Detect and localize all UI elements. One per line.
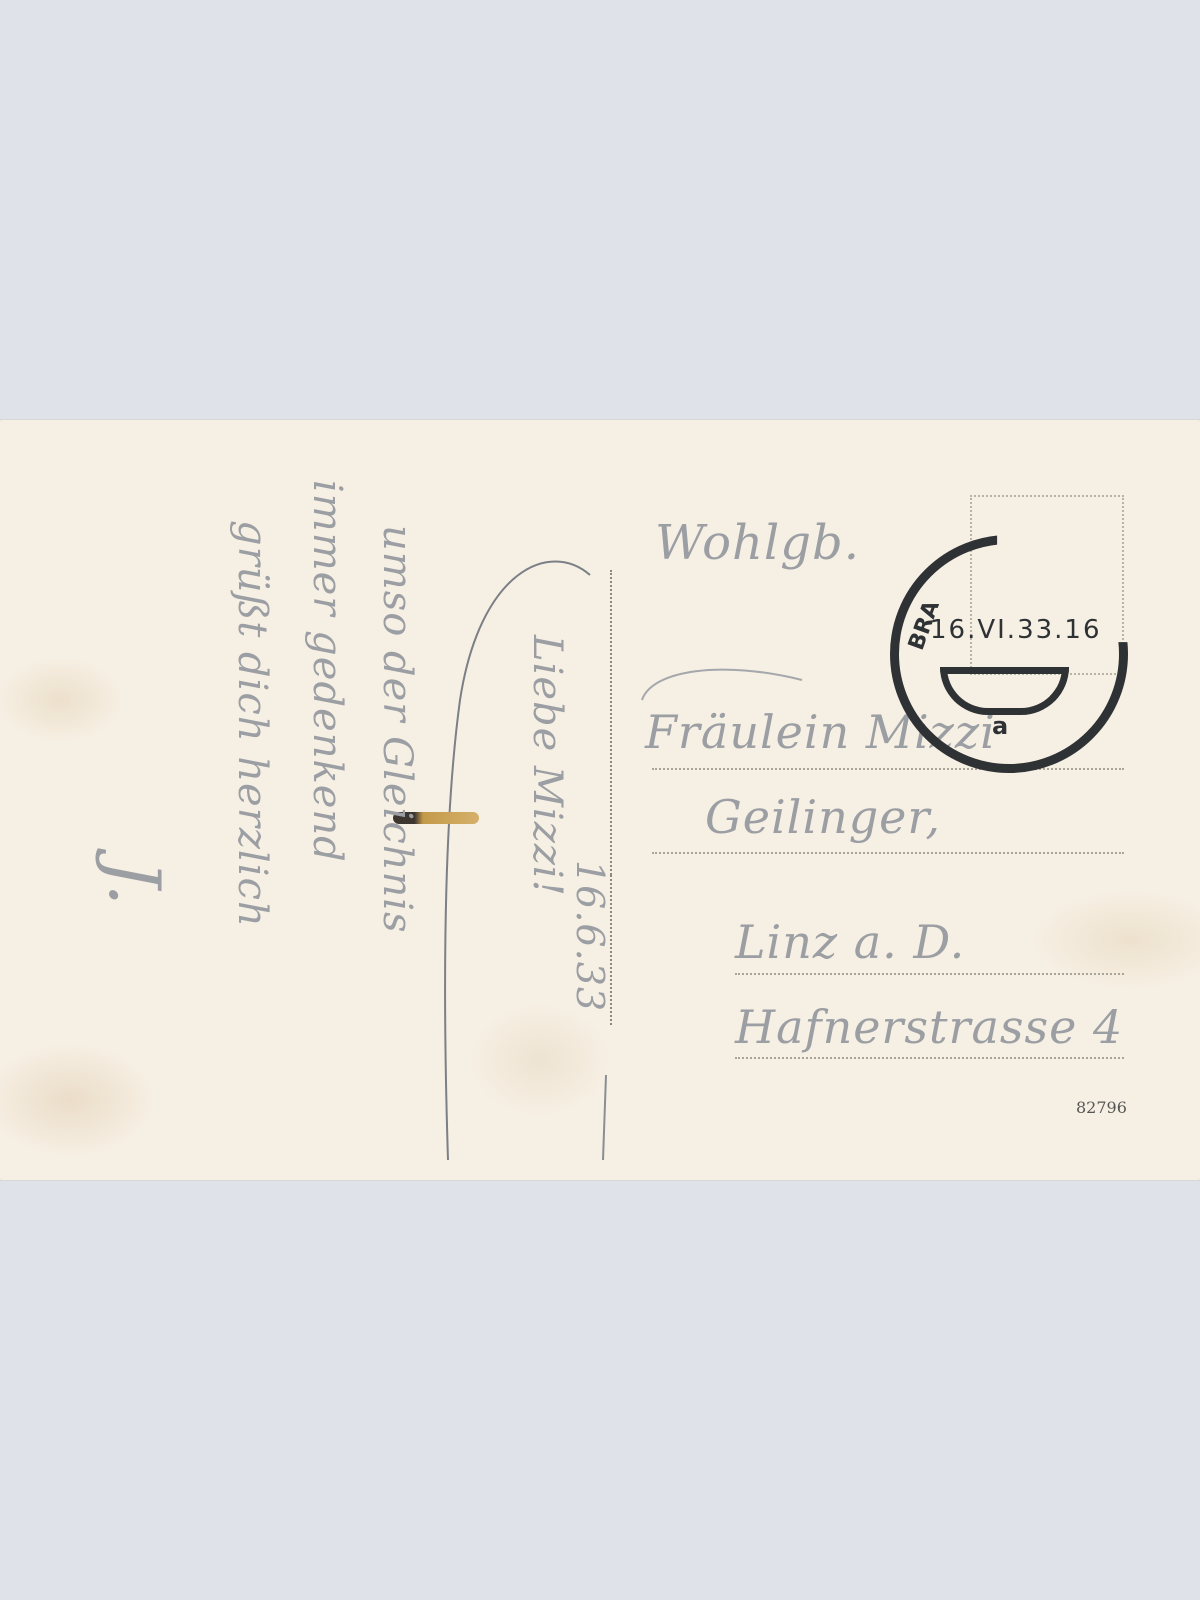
address-rule-2 — [652, 852, 1124, 854]
postmark-ring — [890, 535, 1128, 773]
address-salutation: Wohlgb. — [655, 515, 860, 571]
message-date: 16.6.33 — [568, 860, 612, 1012]
printed-card-number: 82796 — [1076, 1098, 1127, 1117]
flourish-stroke — [632, 660, 812, 710]
address-line-street: Hafnerstrasse 4 — [735, 1000, 1123, 1054]
message-greeting: Liebe Mizzi! — [524, 635, 570, 897]
address-line-city: Linz a. D. — [735, 915, 965, 969]
address-rule-3 — [735, 973, 1124, 975]
message-line-2: immer gedenkend — [304, 480, 350, 863]
message-line-3: grüßt dich herzlich — [229, 520, 275, 928]
address-line-surname: Geilinger, — [705, 790, 941, 844]
postmark-letter: a — [992, 712, 1008, 740]
message-signature: J. — [93, 860, 175, 907]
postmark-date: 16.VI.33.16 — [930, 615, 1102, 645]
message-line-1: umso der Gleichnis — [374, 525, 420, 934]
pencil-date-tick — [600, 1075, 612, 1165]
vertical-divider — [610, 570, 612, 875]
postcard-back: Wohlgb. Fräulein Mizzi Geilinger, Linz a… — [0, 420, 1200, 1180]
postmark: BRA 16.VI.33.16 a — [890, 535, 1130, 775]
address-rule-4 — [735, 1057, 1124, 1059]
